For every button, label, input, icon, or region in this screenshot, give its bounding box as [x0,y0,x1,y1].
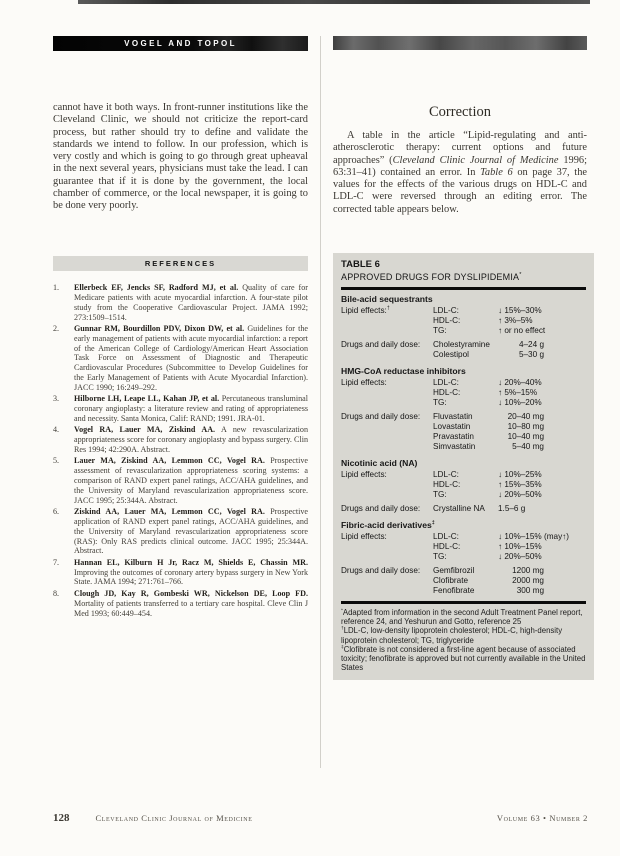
section-name: Nicotinic acid (NA) [341,458,586,469]
drug-dose: 10–40 mg [498,432,544,442]
journal-name: Cleveland Clinic Journal of Medicine [96,813,253,823]
drug-name: Pravastatin [433,432,498,442]
page-footer: 128 Cleveland Clinic Journal of Medicine… [53,812,588,824]
lipid-effect: ↓ 20%–50% [498,490,586,500]
lipid-type: LDL-C: [433,378,498,388]
reference-authors: Vogel RA, Lauer MA, Ziskind AA. [74,425,215,434]
lipid-effects-label: Lipid effects: [341,532,433,542]
drug-name: Gemfibrozil [433,566,498,576]
drug-name: Cholestyramine [433,340,498,350]
reference-item: 7. Hannan EL, Kilburn H Jr, Racz M, Shie… [53,558,308,588]
lipid-type: HDL-C: [433,316,498,326]
reference-number: 5. [53,456,74,505]
table-ref-italic: Table 6 [480,167,513,178]
drug-dose: 300 mg [498,586,544,596]
table-footnote-clofibrate: ‡Clofibrate is not considered a first-li… [341,645,586,673]
drug-dose: 5–40 mg [498,442,544,452]
drug-name: Colestipol [433,350,498,360]
lipid-effect: ↓ 10%–20% [498,398,586,408]
lipid-type: TG: [433,490,498,500]
reference-authors: Ellerbeck EF, Jencks SF, Radford MJ, et … [74,283,238,292]
lipid-type: TG: [433,398,498,408]
reference-authors: Hannan EL, Kilburn H Jr, Racz M, Shields… [74,558,308,567]
drug-dose: 1200 mg [498,566,544,576]
drug-dose: 10–80 mg [498,422,544,432]
correction-heading: Correction [333,104,587,121]
reference-text: Guidelines for the early management of p… [74,324,308,392]
dose-label: Drugs and daily dose: [341,566,433,576]
section-name: HMG-CoA reductase inhibitors [341,366,586,377]
drug-dose: 2000 mg [498,576,544,586]
lipid-type: HDL-C: [433,480,498,490]
table-title: APPROVED DRUGS FOR DYSLIPIDEMIA* [341,271,586,283]
lipid-effect: ↓ 10%–15% (may↑) [498,532,586,542]
lipid-type: TG: [433,552,498,562]
lipid-type: LDL-C: [433,470,498,480]
drug-name: Lovastatin [433,422,498,432]
reference-item: 3. Hilborne LH, Leape LL, Kahan JP, et a… [53,394,308,424]
lipid-effects-label: Lipid effects: [341,470,433,480]
dose-label: Drugs and daily dose: [341,412,433,422]
lipid-type: HDL-C: [433,388,498,398]
drug-dose: 5–30 g [498,350,544,360]
lipid-effect: ↑ 10%–15% [498,542,586,552]
reference-number: 3. [53,394,74,424]
reference-text: Improving the outcomes of coronary arter… [74,568,308,587]
reference-item: 1. Ellerbeck EF, Jencks SF, Radford MJ, … [53,283,308,322]
drug-name: Fluvastatin [433,412,498,422]
lipid-effect: ↓ 20%–40% [498,378,586,388]
lipid-effect: ↑ 15%–35% [498,480,586,490]
lipid-type: LDL-C: [433,306,498,316]
reference-item: 4. Vogel RA, Lauer MA, Ziskind AA. A new… [53,425,308,455]
journal-title-italic: Cleveland Clinic Journal of Medicine [393,155,559,166]
lipid-effect: ↓ 20%–50% [498,552,586,562]
reference-item: 8. Clough JD, Kay R, Gombeski WR, Nickel… [53,589,308,619]
lipid-effect: ↓ 15%–30% [498,306,586,316]
table-rule-bottom [341,601,586,604]
journal-page: VOGEL AND TOPOL cannot have it both ways… [0,0,620,856]
drug-dose: 20–40 mg [498,412,544,422]
table-footnote-adapted: *Adapted from information in the second … [341,608,586,626]
section-name: Bile-acid sequestrants [341,294,586,305]
lipid-effect: ↓ 10%–25% [498,470,586,480]
drug-dose: 4–24 g [498,340,544,350]
lipid-effect: ↑ or no effect [498,326,586,336]
reference-authors: Clough JD, Kay R, Gombeski WR, Nickelson… [74,589,308,598]
reference-number: 8. [53,589,74,619]
correction-paragraph: A table in the article “Lipid-regulating… [333,130,587,216]
double-dagger-marker: ‡ [432,520,435,526]
reference-number: 7. [53,558,74,588]
table-label: TABLE 6 [341,259,586,271]
references-list: 1. Ellerbeck EF, Jencks SF, Radford MJ, … [53,283,308,620]
table-6-approved-drugs: TABLE 6 APPROVED DRUGS FOR DYSLIPIDEMIA*… [333,253,594,680]
drug-name: Crystalline NA [433,504,498,514]
references-heading: REFERENCES [53,256,308,271]
table-section-fibric-acid: Fibric-acid derivatives‡ Lipid effects:L… [341,520,586,596]
table-footnote-abbreviations: †LDL-C, low-density lipoprotein choleste… [341,626,586,644]
volume-issue: Volume 63 • Number 2 [497,813,588,823]
lipid-effect: ↑ 3%–5% [498,316,586,326]
table-section-bile-acid: Bile-acid sequestrants Lipid effects:†LD… [341,294,586,360]
section-name: Fibric-acid derivatives‡ [341,520,586,531]
table-rule-top [341,287,586,290]
reference-number: 2. [53,324,74,393]
table-section-hmg-coa: HMG-CoA reductase inhibitors Lipid effec… [341,366,586,452]
lipid-effects-label: Lipid effects:† [341,306,433,316]
drug-name: Clofibrate [433,576,498,586]
table-section-nicotinic-acid: Nicotinic acid (NA) Lipid effects:LDL-C:… [341,458,586,514]
dose-label: Drugs and daily dose: [341,340,433,350]
dagger-marker: † [387,305,390,311]
reference-number: 1. [53,283,74,322]
lipid-type: LDL-C: [433,532,498,542]
column-divider [320,36,321,768]
lipid-effects-label: Lipid effects: [341,378,433,388]
reference-number: 4. [53,425,74,455]
page-number: 128 [53,812,70,824]
lipid-type: TG: [433,326,498,336]
drug-dose: 1.5–6 g [498,504,586,514]
lipid-type: HDL-C: [433,542,498,552]
scan-edge-strip [78,0,590,4]
reference-authors: Ziskind AA, Lauer MA, Lemmon CC, Vogel R… [74,507,265,516]
running-head-authors: VOGEL AND TOPOL [53,36,308,51]
drug-name: Fenofibrate [433,586,498,596]
title-footnote-marker: * [519,272,521,278]
reference-authors: Hilborne LH, Leape LL, Kahan JP, et al. [74,394,219,403]
reference-number: 6. [53,507,74,556]
article-closing-paragraph: cannot have it both ways. In front-runne… [53,102,308,212]
reference-item: 6. Ziskind AA, Lauer MA, Lemmon CC, Voge… [53,507,308,556]
running-head-right-redacted-bar [333,36,587,50]
drug-name: Simvastatin [433,442,498,452]
reference-item: 2. Gunnar RM, Bourdillon PDV, Dixon DW, … [53,324,308,393]
lipid-effect: ↑ 5%–15% [498,388,586,398]
reference-authors: Gunnar RM, Bourdillon PDV, Dixon DW, et … [74,324,244,333]
reference-authors: Lauer MA, Ziskind AA, Lemmon CC, Vogel R… [74,456,265,465]
dose-label: Drugs and daily dose: [341,504,433,514]
reference-text: Mortality of patients transferred to a t… [74,599,308,618]
reference-item: 5. Lauer MA, Ziskind AA, Lemmon CC, Voge… [53,456,308,505]
